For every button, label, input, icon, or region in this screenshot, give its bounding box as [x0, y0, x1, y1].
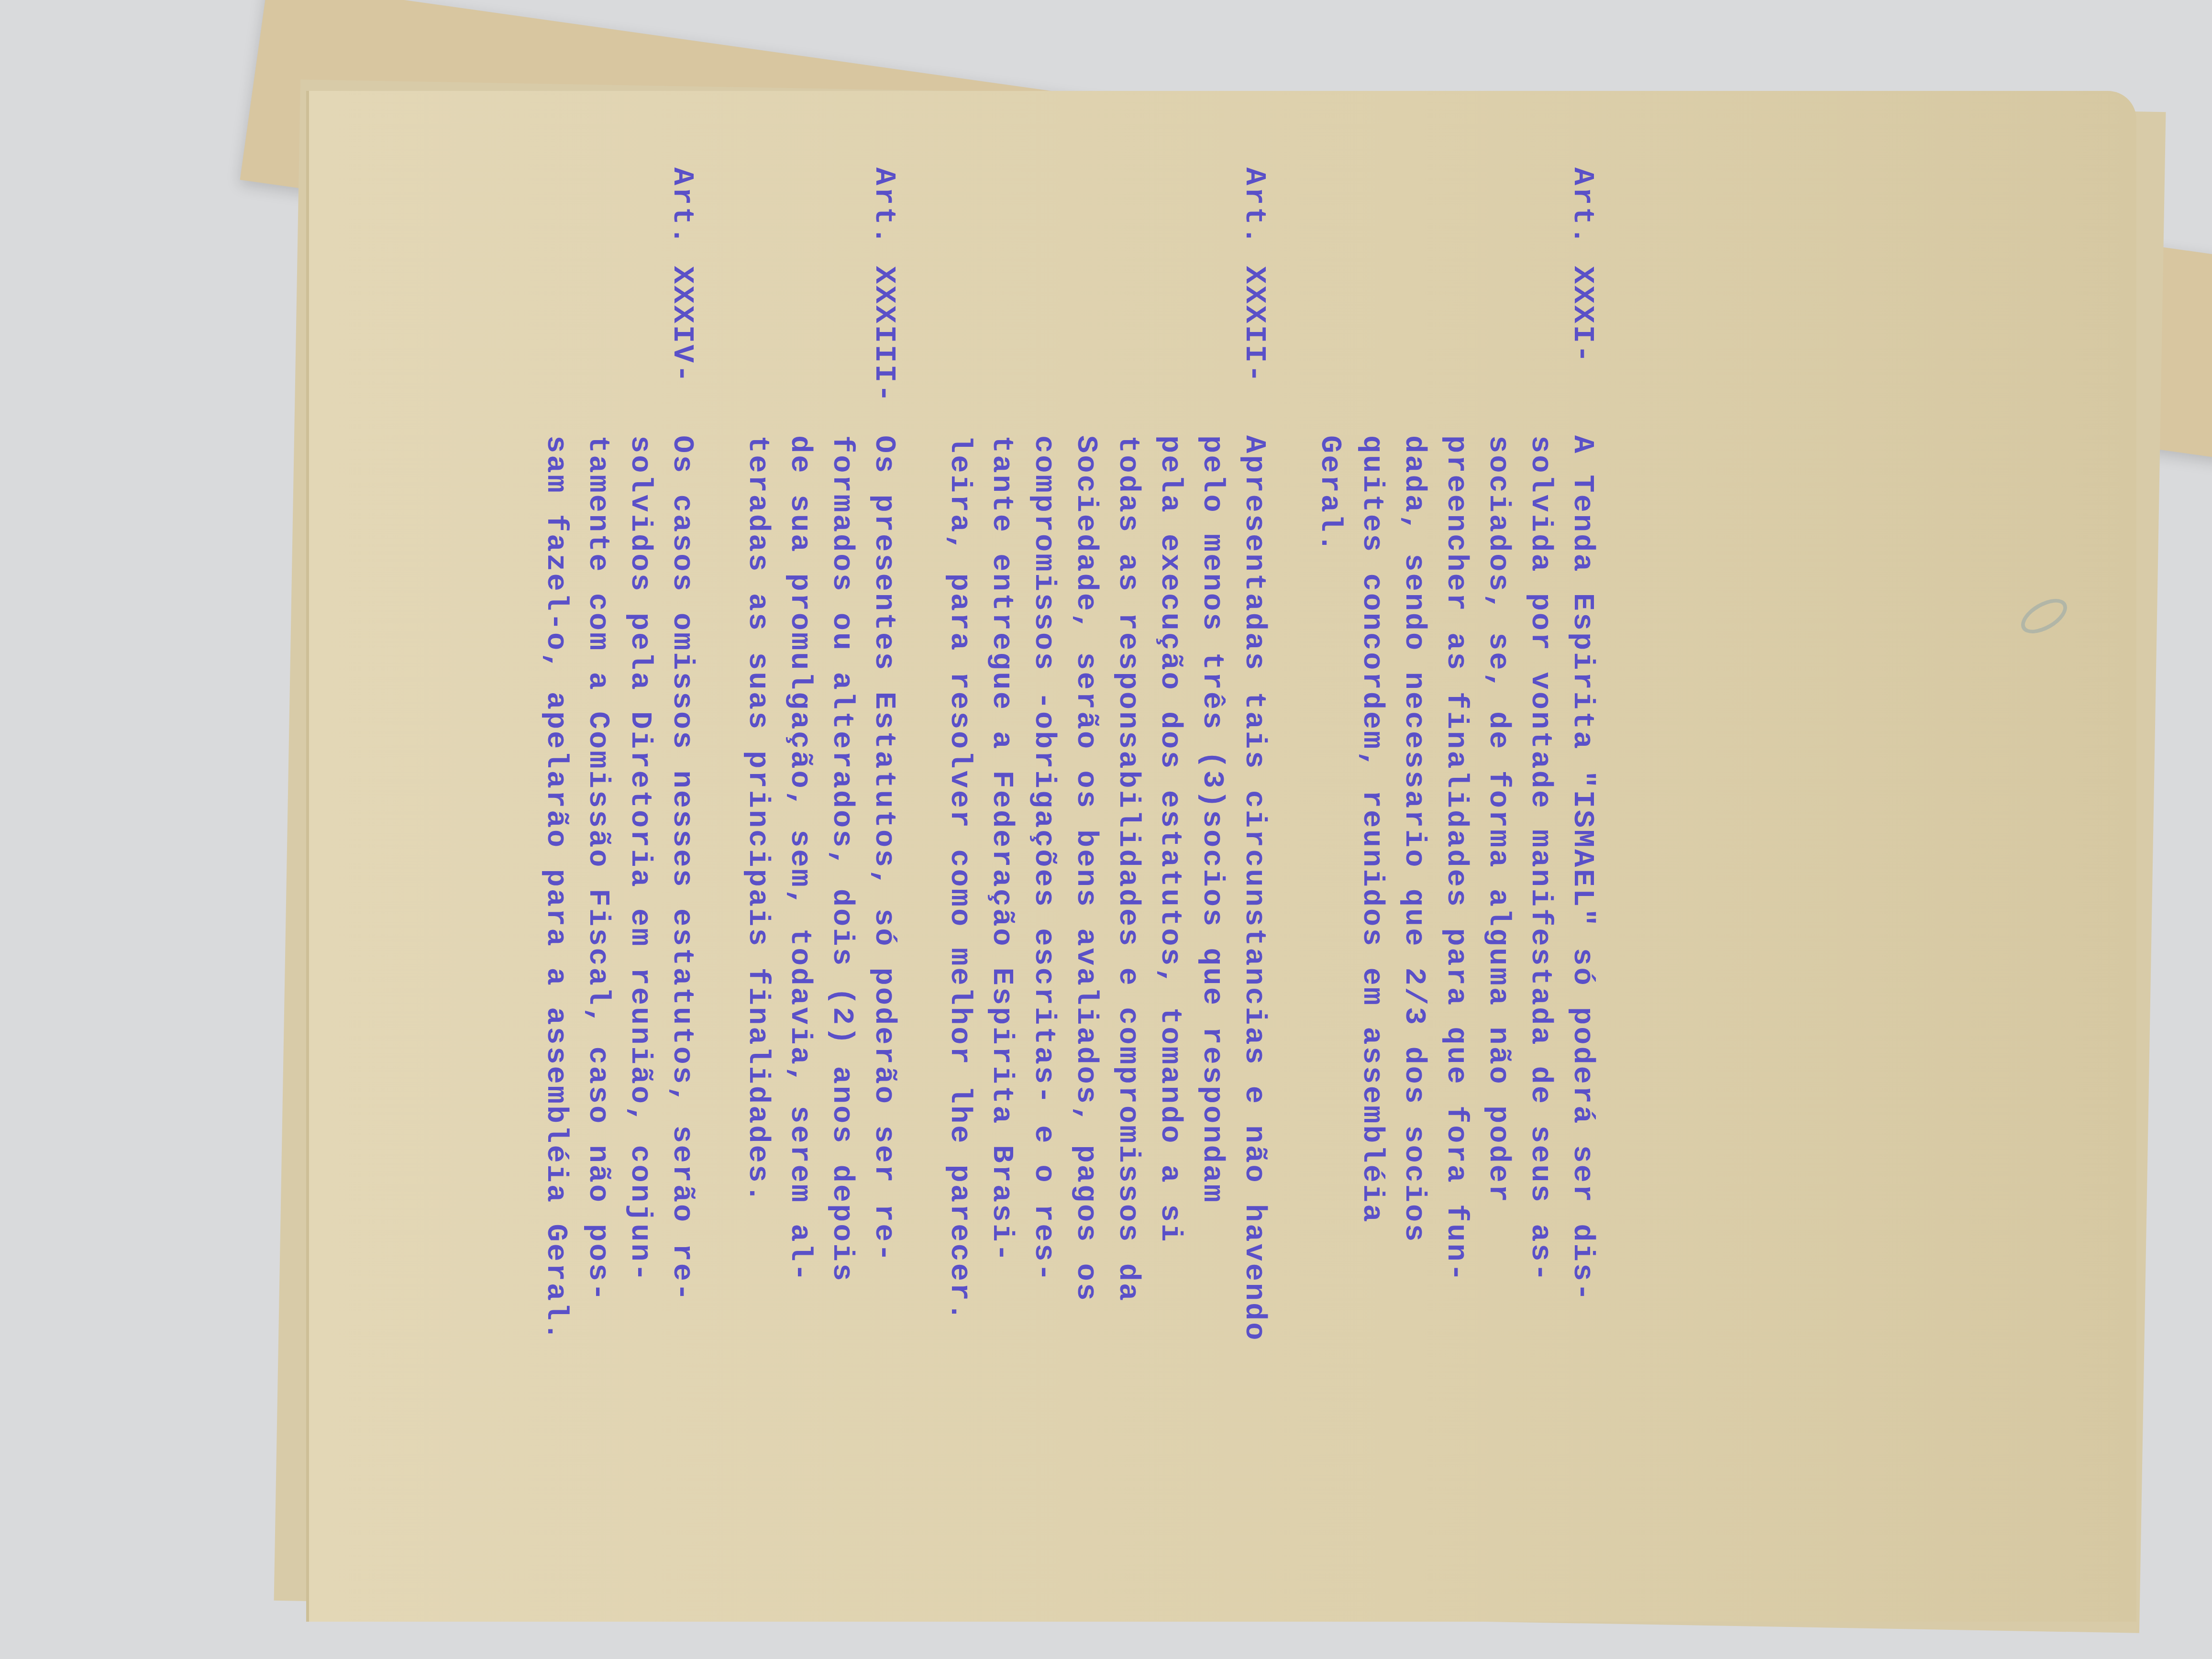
text-line: solvida por vontade manifestada de seus …	[1519, 435, 1561, 1555]
article: Art. XXXIII-Os presentes Estatutos, só p…	[737, 167, 905, 1555]
text-line: compromissos -obrigações escritas- e o r…	[1023, 435, 1065, 1555]
article-heading: Art. XXXI-	[1309, 167, 1604, 435]
text-line: de sua promulgação, sem, todavia, serem …	[779, 435, 821, 1555]
text-line: pela execução dos estatutos, tomando a s…	[1149, 435, 1191, 1555]
text-line: A Tenda Espirita "ISMAEL" só poderá ser …	[1561, 435, 1604, 1555]
text-line: Sociedade, serão os bens avaliados, pago…	[1065, 435, 1107, 1555]
text-line: sociados, se, de forma alguma não poder	[1477, 435, 1519, 1555]
text-line: preencher as finalidades para que fora f…	[1435, 435, 1477, 1555]
text-line: Os presentes Estatutos, só poderão ser r…	[863, 435, 905, 1555]
text-line: teradas as suas principais finalidades.	[737, 435, 779, 1555]
article: Art. XXXIV-Os casos omissos nesses estat…	[535, 167, 703, 1555]
typed-text: Art. XXXI-A Tenda Espirita "ISMAEL" só p…	[501, 167, 1604, 1555]
article-body: Apresentadas tais circunstancias e não h…	[939, 435, 1275, 1555]
article: Art. XXXII-Apresentadas tais circunstanc…	[939, 167, 1275, 1555]
article-heading: Art. XXXII-	[939, 167, 1275, 435]
text-line: formados ou alterados, dois (2) anos dep…	[821, 435, 863, 1555]
text-line: todas as responsabilidades e compromisso…	[1107, 435, 1149, 1555]
text-line: leira, para resolver como melhor lhe par…	[939, 435, 981, 1555]
text-line: quites concordem, reunidos em assembléia	[1351, 435, 1393, 1555]
text-line: tamente com a Comissão Fiscal, caso não …	[577, 435, 619, 1555]
text-line: Geral.	[1309, 435, 1351, 1555]
text-line: Apresentadas tais circunstancias e não h…	[1233, 435, 1275, 1555]
article-body: A Tenda Espirita "ISMAEL" só poderá ser …	[1309, 435, 1604, 1555]
article-body: Os presentes Estatutos, só poderão ser r…	[737, 435, 905, 1555]
article-heading: Art. XXXIV-	[535, 167, 703, 435]
article-body: Os casos omissos nesses estatutos, serão…	[535, 435, 703, 1555]
text-line: Os casos omissos nesses estatutos, serão…	[661, 435, 703, 1555]
text-line: pelo menos três (3)socios que respondam	[1191, 435, 1233, 1555]
text-line: dada, sendo necessario que 2/3 dos socio…	[1393, 435, 1435, 1555]
text-line: sam fazel-o, apelarão para a assembléia …	[535, 435, 577, 1555]
text-line: tante entregue a Federação Espirita Bras…	[981, 435, 1023, 1555]
article-heading: Art. XXXIII-	[737, 167, 905, 435]
text-line: solvidos pela Diretoria em reunião, conj…	[619, 435, 661, 1555]
article: Art. XXXI-A Tenda Espirita "ISMAEL" só p…	[1309, 167, 1604, 1555]
